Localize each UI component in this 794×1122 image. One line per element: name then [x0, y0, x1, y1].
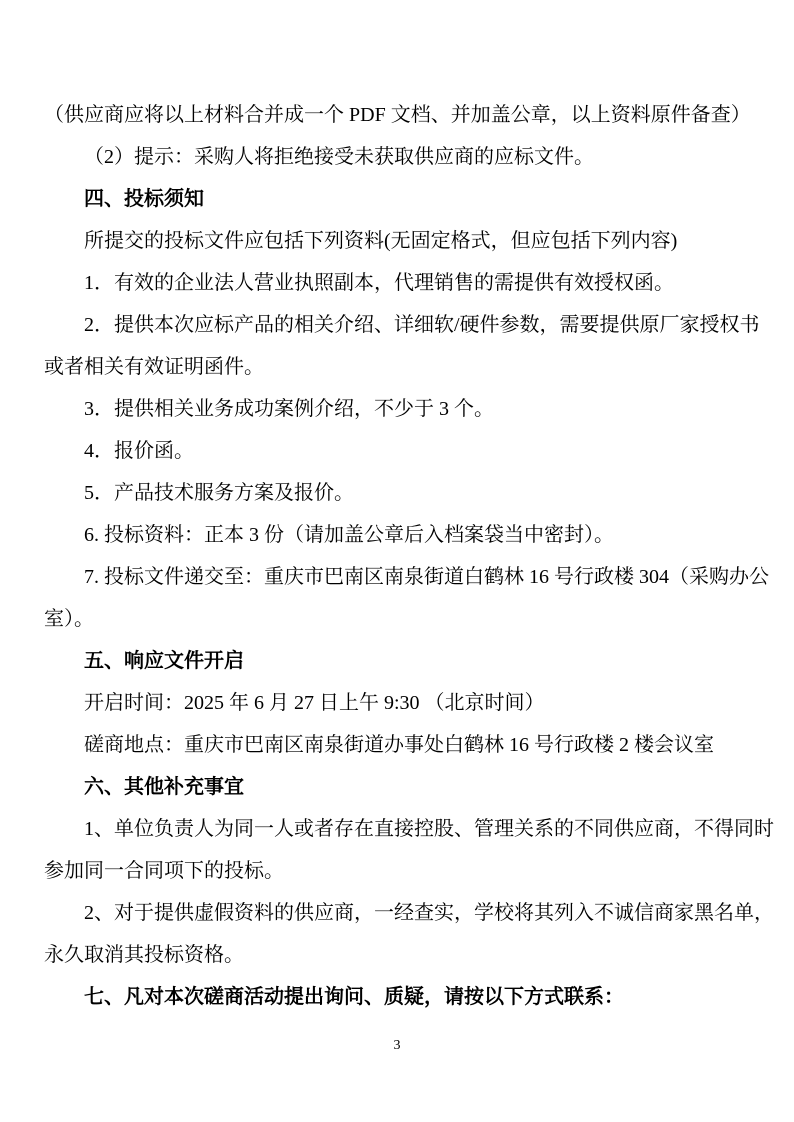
text-line: 1、单位负责人为同一人或者存在直接控股、管理关系的不同供应商，不得同时 — [44, 808, 750, 850]
text-line: （供应商应将以上材料合并成一个 PDF 文档、并加盖公章，以上资料原件备查） — [44, 94, 750, 136]
document-body: （供应商应将以上材料合并成一个 PDF 文档、并加盖公章，以上资料原件备查）（2… — [44, 94, 750, 1018]
heading-line: 五、响应文件开启 — [44, 640, 750, 682]
page-number: 3 — [0, 1036, 794, 1056]
heading-line: 六、其他补充事宜 — [44, 766, 750, 808]
text-line: 2、对于提供虚假资料的供应商，一经查实，学校将其列入不诚信商家黑名单， — [44, 892, 750, 934]
text-line: 室）。 — [44, 598, 750, 640]
text-line: 1．有效的企业法人营业执照副本，代理销售的需提供有效授权函。 — [44, 262, 750, 304]
heading-line: 七、凡对本次磋商活动提出询问、质疑，请按以下方式联系： — [44, 976, 750, 1018]
text-line: （2）提示：采购人将拒绝接受未获取供应商的应标文件。 — [44, 136, 750, 178]
text-line: 所提交的投标文件应包括下列资料(无固定格式，但应包括下列内容) — [44, 220, 750, 262]
text-line: 5．产品技术服务方案及报价。 — [44, 472, 750, 514]
text-line: 6. 投标资料：正本 3 份（请加盖公章后入档案袋当中密封）。 — [44, 514, 750, 556]
text-line: 开启时间：2025 年 6 月 27 日上午 9:30 （北京时间） — [44, 682, 750, 724]
text-line: 2．提供本次应标产品的相关介绍、详细软/硬件参数，需要提供原厂家授权书 — [44, 304, 750, 346]
text-line: 磋商地点：重庆市巴南区南泉街道办事处白鹤林 16 号行政楼 2 楼会议室 — [44, 724, 750, 766]
text-line: 或者相关有效证明函件。 — [44, 346, 750, 388]
text-line: 3．提供相关业务成功案例介绍，不少于 3 个。 — [44, 388, 750, 430]
document-page: （供应商应将以上材料合并成一个 PDF 文档、并加盖公章，以上资料原件备查）（2… — [0, 0, 794, 1122]
text-line: 参加同一合同项下的投标。 — [44, 850, 750, 892]
text-line: 4．报价函。 — [44, 430, 750, 472]
text-line: 7. 投标文件递交至：重庆市巴南区南泉街道白鹤林 16 号行政楼 304（采购办… — [44, 556, 750, 598]
heading-line: 四、投标须知 — [44, 178, 750, 220]
text-line: 永久取消其投标资格。 — [44, 934, 750, 976]
